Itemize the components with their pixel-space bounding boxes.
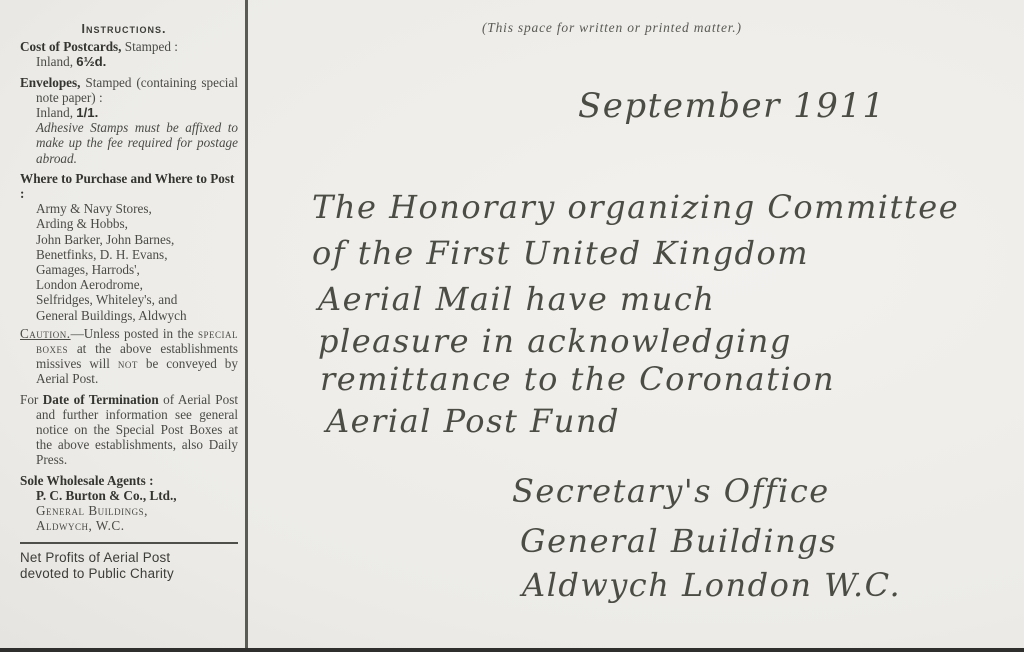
signature-line: Aldwych London W.C.	[522, 566, 901, 604]
adhesive-stamps-note: Adhesive Stamps must be affixed to make …	[20, 120, 238, 166]
where-to-purchase: Where to Purchase and Where to Post : Ar…	[20, 171, 238, 323]
signature-line: Secretary's Office	[512, 472, 830, 510]
handwritten-line: Aerial Mail have much	[318, 280, 715, 318]
envelope-cost: Envelopes, Stamped (containing special n…	[20, 75, 238, 166]
agent-address-1: General Buildings,	[20, 503, 238, 518]
places-list: Army & Navy Stores, Arding & Hobbs, John…	[20, 201, 238, 323]
instructions-column: Instructions. Cost of Postcards, Stamped…	[0, 0, 244, 648]
handwritten-date: September 1911	[578, 86, 886, 126]
postcard-price: 6½d.	[76, 54, 106, 69]
postcard: Instructions. Cost of Postcards, Stamped…	[0, 0, 1024, 648]
charity-footer: Net Profits of Aerial Post devoted to Pu…	[20, 550, 238, 582]
place-item: John Barker, John Barnes,	[36, 232, 238, 247]
place-item: Benetfinks, D. H. Evans,	[36, 247, 238, 262]
handwritten-line: of the First United Kingdom	[312, 234, 809, 272]
termination-note: For Date of Termination of Aerial Post a…	[20, 392, 238, 468]
signature-line: General Buildings	[520, 522, 837, 560]
scan-edge	[0, 648, 1024, 652]
place-item: Arding & Hobbs,	[36, 216, 238, 231]
envelope-price: 1/1.	[76, 105, 98, 120]
place-item: Army & Navy Stores,	[36, 201, 238, 216]
handwritten-line: Aerial Post Fund	[326, 402, 620, 440]
footer-divider	[20, 542, 238, 544]
wholesale-agents: Sole Wholesale Agents : P. C. Burton & C…	[20, 473, 238, 534]
place-item: Gamages, Harrods',	[36, 262, 238, 277]
agent-address-2: Aldwych, W.C.	[20, 518, 238, 533]
place-item: General Buildings, Aldwych	[36, 308, 238, 323]
caution-note: Caution.—Unless posted in the special bo…	[20, 326, 238, 387]
handwritten-line: pleasure in acknowledging	[318, 322, 792, 360]
place-item: London Aerodrome,	[36, 277, 238, 292]
printed-space-note: (This space for written or printed matte…	[482, 20, 742, 36]
agent-name: P. C. Burton & Co., Ltd.,	[20, 488, 238, 503]
handwritten-line: The Honorary organizing Committee	[312, 188, 959, 226]
instructions-title: Instructions.	[20, 22, 238, 37]
handwritten-line: remittance to the Coronation	[320, 360, 835, 398]
column-divider	[245, 0, 248, 648]
postcard-cost: Cost of Postcards, Stamped : Inland, 6½d…	[20, 39, 238, 69]
place-item: Selfridges, Whiteley's, and	[36, 292, 238, 307]
